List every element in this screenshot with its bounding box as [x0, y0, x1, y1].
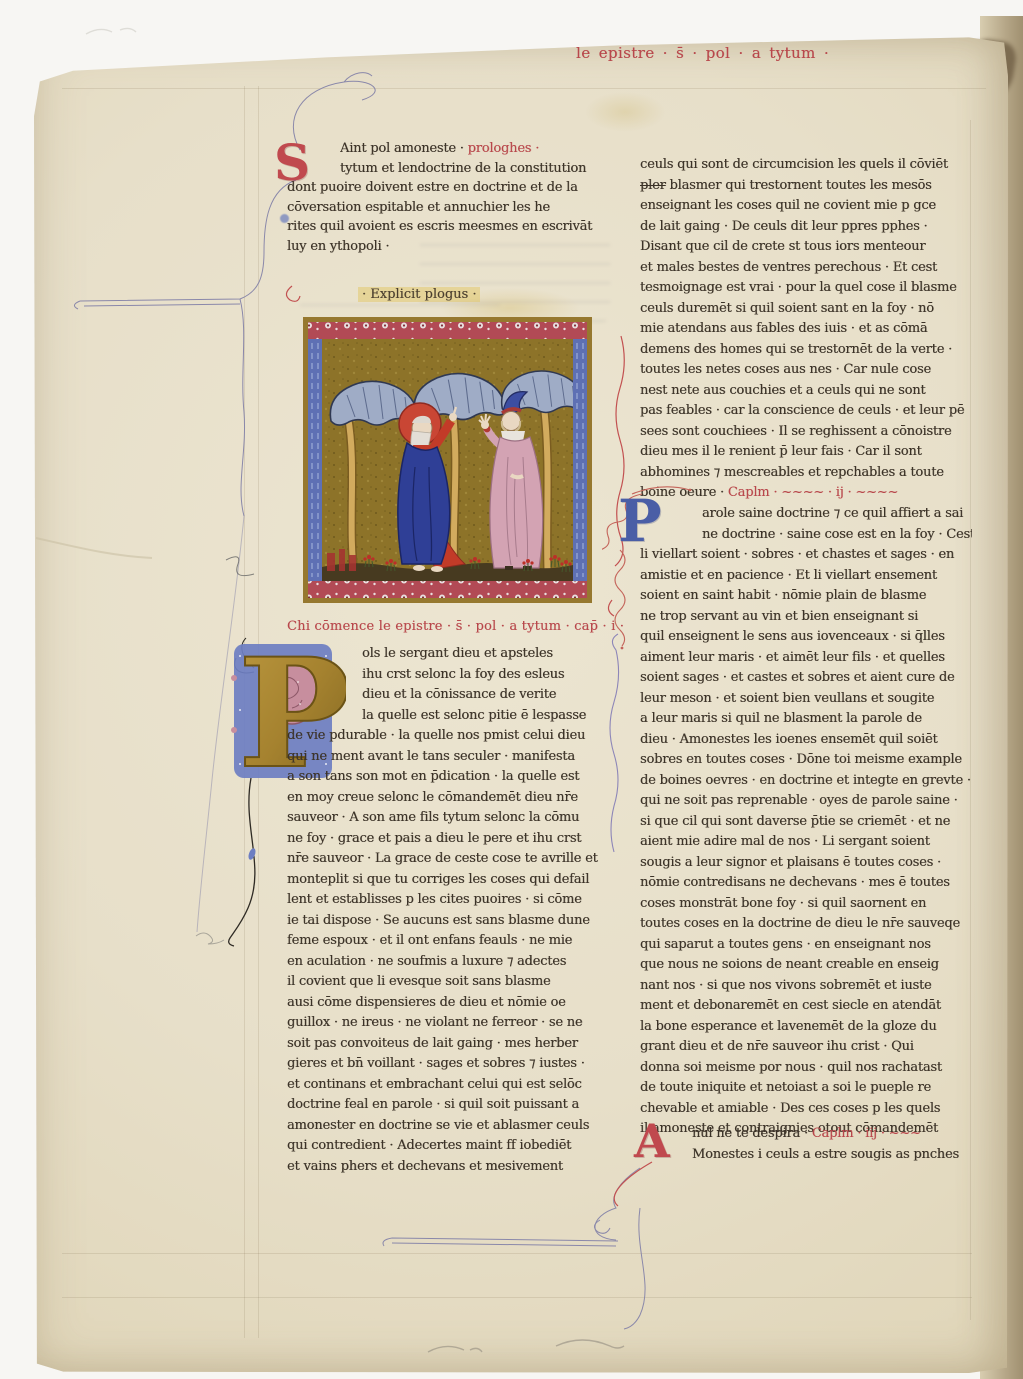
explicit-prologue-line: · Explicit plogus ·: [358, 287, 480, 302]
text-line: li viellart soient · sobres · et chastes…: [640, 547, 974, 567]
manuscript-photograph: le epistre · s̄ · pol · a tytum · S Aint…: [0, 0, 1023, 1379]
text-line: dieu mes il le renient p̄ leur fais · Ca…: [640, 444, 974, 464]
text-line: sougis a leur signor et plaisans ē toute…: [640, 855, 974, 875]
illuminated-initial-s: S: [274, 138, 310, 188]
text-line: enseignant les coses quil ne covient mie…: [640, 198, 974, 218]
text-line: Disant que cil de crete st tous iors men…: [640, 239, 974, 259]
text-line: soient sages · et castes et sobres et ai…: [640, 670, 974, 690]
text-line: arole saine doctrine ⁊ ce quil affiert a…: [702, 506, 972, 526]
text-line: nul ne te despira · Caplm · iij · ~~~: [692, 1126, 974, 1146]
text-line: dieu · Amonestes les ioenes ensemēt quil…: [640, 732, 974, 752]
text-line: qui ne soit pas reprenable · oyes de par…: [640, 793, 974, 813]
text-line: de boines oevres · en doctrine et integt…: [640, 773, 974, 793]
text-line: de lait gaing · De ceuls dit leur ppres …: [640, 219, 974, 239]
frame-right-bar: [573, 339, 587, 581]
text-line: leur meson · et soient bien veullans et …: [640, 691, 974, 711]
text-line: nest nete aus couchies et a ceuls qui ne…: [640, 383, 974, 403]
text-line: rites quil avoient es escris meesmes en …: [287, 219, 617, 239]
text-line: nōmie contredisans ne dechevans · mes ē …: [640, 875, 974, 895]
miniature-paul-and-titus: [303, 317, 592, 603]
text-line: toutes les netes coses aus nes · Car nul…: [640, 362, 974, 382]
ruling-line: [62, 1253, 972, 1254]
text-line: cōversation espitable et annuchier les h…: [287, 200, 617, 220]
text-line: feme espoux · et il ont enfans feauls · …: [287, 933, 619, 953]
text-line: qui contredient · Adecertes maint ff̄ io…: [287, 1138, 619, 1158]
text-line: ausi cōme dispensieres de dieu et nōmie …: [287, 995, 619, 1015]
text-line: lent et establisses p les cites puoires …: [287, 892, 619, 912]
text-line: ne trop servant au vin et bien enseignan…: [640, 609, 974, 629]
text-line: soit pas convoiteus de lait gaing · mes …: [287, 1036, 619, 1056]
text-line: la quelle est selonc pitie ē lespasse: [362, 708, 618, 728]
text-line: tesmoignage est vrai · pour la quel cose…: [640, 280, 974, 300]
text-line: donna soi meisme por nous · quil nos rac…: [640, 1060, 974, 1080]
text-line: nant nos · si que nos vivons sobremēt et…: [640, 978, 974, 998]
text-line: guillox · ne ireus · ne violant ne ferre…: [287, 1015, 619, 1035]
text-line: ie tai dispose · Se aucuns est sans blas…: [287, 913, 619, 933]
text-line: tytum et lendoctrine de la constitution: [340, 161, 612, 181]
ruling-line: [62, 88, 986, 89]
text-line: si que cil qui sont daverse p̄tie se cri…: [640, 814, 974, 834]
text-line: grant dieu et de nr̄e sauveor ihu crist …: [640, 1039, 974, 1059]
text-line: soient en saint habit · nōmie plain de b…: [640, 588, 974, 608]
text-line: a leur maris si quil ne blasment la paro…: [640, 711, 974, 731]
text-line: coses monstrāt bone foy · si quil saorne…: [640, 896, 974, 916]
text-line: demens des homes qui se trestornēt de la…: [640, 342, 974, 362]
text-line: sees sont couchiees · Il se reghissent a…: [640, 424, 974, 444]
text-line: dieu et la cōnissance de verite: [362, 687, 618, 707]
stain: [585, 92, 665, 132]
text-line: monteplit si que tu corriges les coses q…: [287, 872, 619, 892]
text-line: ne doctrine · saine cose est en la foy ·…: [702, 527, 972, 547]
text-line: ment et debonaremēt en cest siecle en at…: [640, 998, 974, 1018]
header-rubric: le epistre · s̄ · pol · a tytum ·: [576, 44, 829, 62]
text-line: Monestes i ceuls a estre sougis as pnche…: [692, 1147, 974, 1167]
text-line: toutes coses en la doctrine de dieu le n…: [640, 916, 974, 936]
text-line: aiment leur maris · et aimēt leur fils ·…: [640, 650, 974, 670]
ruling-line: [62, 1297, 972, 1298]
text-line: que nous ne soions de neant creable en e…: [640, 957, 974, 977]
text-line: amonester en doctrine se vie et ablasmer…: [287, 1118, 619, 1138]
text-line: ihu crst selonc la foy des esleus: [362, 667, 618, 687]
text-line: pas feables · car la conscience de ceuls…: [640, 403, 974, 423]
text-line: sauveor · A son ame fils tytum selonc la…: [287, 810, 619, 830]
text-line: en aculation · ne soufmis a luxure ⁊ ade…: [287, 954, 619, 974]
text-line: doctrine feal en parole · si quil soit p…: [287, 1097, 619, 1117]
text-line: pler blasmer qui trestornent toutes les …: [640, 178, 974, 198]
text-line: la bone esperance et lavenemēt de la glo…: [640, 1019, 974, 1039]
text-line: mie atendans aus fables des iuis · et as…: [640, 321, 974, 341]
illuminated-initial-p-blue: P: [618, 492, 662, 550]
text-line: Aint pol amoneste · prologhes ·: [340, 141, 612, 161]
text-line: ceuls duremēt si quil soient sant en la …: [640, 301, 974, 321]
text-line: il covient que li evesque soit sans blas…: [287, 974, 619, 994]
text-line: et males bestes de ventres perechous · E…: [640, 260, 974, 280]
text-line: quil enseignent le sens aus iovenceaux ·…: [640, 629, 974, 649]
text-line: sobres en toutes coses · Dōne toi meisme…: [640, 752, 974, 772]
text-line: et vains phers et dechevans et mesivemen…: [287, 1159, 619, 1179]
text-line: nr̄e sauveor · La grace de ceste cose te…: [287, 851, 619, 871]
explicit-text: · Explicit plogus ·: [358, 287, 480, 302]
text-line: gieres et bn̄ voillant · sages et sobres…: [287, 1056, 619, 1076]
text-line: de vie pdurable · la quelle nos pmist ce…: [287, 728, 619, 748]
text-line: ols le sergant dieu et apsteles: [362, 646, 618, 666]
text-line: qui saparut a toutes gens · en enseignan…: [640, 937, 974, 957]
text-line: ceuls qui sont de circumcision les quels…: [640, 157, 974, 177]
text-line: chevable et amiable · Des ces coses p le…: [640, 1101, 974, 1121]
text-line: ne foy · grace et pais a dieu le pere et…: [287, 831, 619, 851]
text-line: et continans et embrachant celui qui est…: [287, 1077, 619, 1097]
text-line: qui ne ment avant le tans seculer · mani…: [287, 749, 619, 769]
text-line: de toute iniquite et netoiast a soi le p…: [640, 1080, 974, 1100]
text-line: amistie et en pacience · Et li viellart …: [640, 568, 974, 588]
illuminated-initial-a-red: A: [634, 1118, 670, 1164]
text-line: a son tans son mot en p̄dication · la qu…: [287, 769, 619, 789]
text-line: dont puoire doivent estre en doctrine et…: [287, 180, 617, 200]
text-line: aient mie adire mal de nos · Li sergant …: [640, 834, 974, 854]
text-line: en moy creue selonc le cōmandemēt dieu n…: [287, 790, 619, 810]
text-line: luy en ythopoli ·: [287, 239, 617, 259]
frame-left-bar: [308, 339, 322, 581]
